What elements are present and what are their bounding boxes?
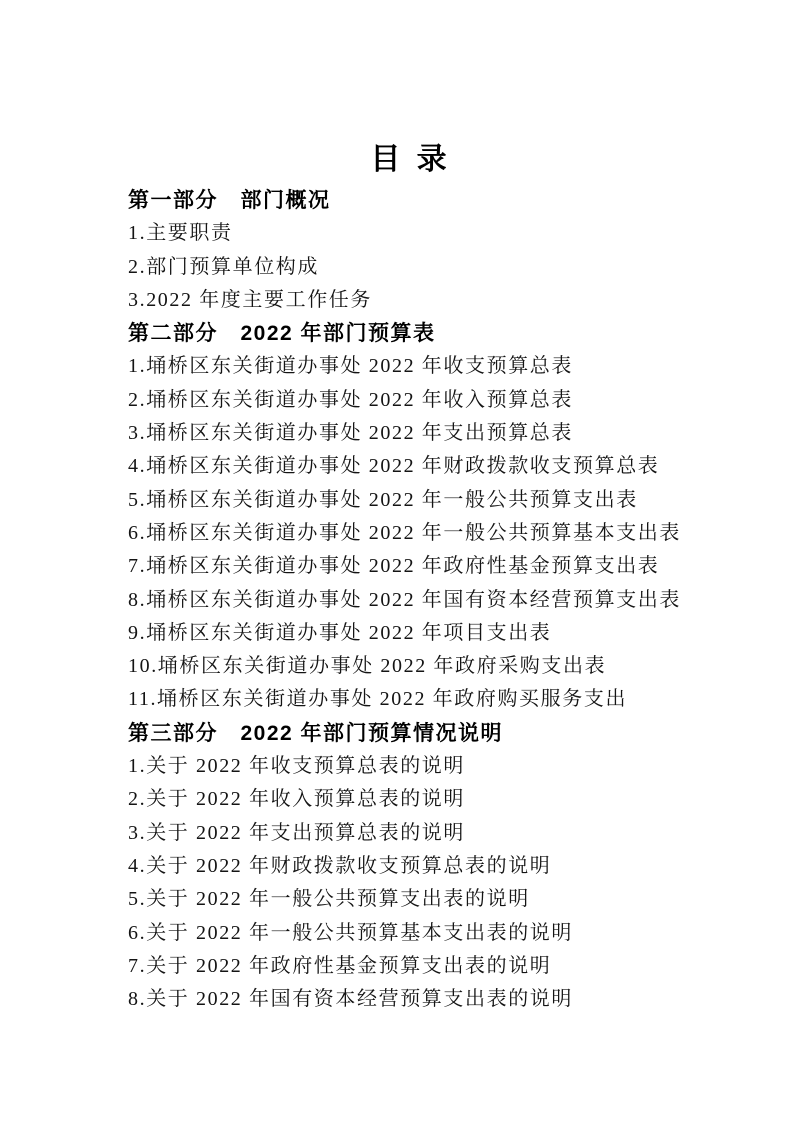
toc-item: 5.埇桥区东关街道办事处 2022 年一般公共预算支出表 — [128, 484, 693, 517]
toc-item: 2.关于 2022 年收入预算总表的说明 — [128, 783, 693, 816]
toc-item: 6.关于 2022 年一般公共预算基本支出表的说明 — [128, 917, 693, 950]
document-page: 目 录 第一部分 部门概况 1.主要职责 2.部门预算单位构成 3.2022 年… — [0, 0, 793, 1122]
toc-item: 6.埇桥区东关街道办事处 2022 年一般公共预算基本支出表 — [128, 517, 693, 550]
toc-item: 7.关于 2022 年政府性基金预算支出表的说明 — [128, 950, 693, 983]
toc-item: 5.关于 2022 年一般公共预算支出表的说明 — [128, 883, 693, 916]
section-heading-part3: 第三部分 2022 年部门预算情况说明 — [128, 717, 693, 750]
toc-item: 4.埇桥区东关街道办事处 2022 年财政拨款收支预算总表 — [128, 450, 693, 483]
toc-item: 2.埇桥区东关街道办事处 2022 年收入预算总表 — [128, 384, 693, 417]
section-heading-part2: 第二部分 2022 年部门预算表 — [128, 317, 693, 350]
toc-item: 2.部门预算单位构成 — [128, 251, 693, 284]
toc-section-part3: 第三部分 2022 年部门预算情况说明 1.关于 2022 年收支预算总表的说明… — [128, 717, 693, 1017]
toc-section-part2: 第二部分 2022 年部门预算表 1.埇桥区东关街道办事处 2022 年收支预算… — [128, 317, 693, 717]
toc-item: 1.主要职责 — [128, 217, 693, 250]
toc-item: 10.埇桥区东关街道办事处 2022 年政府采购支出表 — [128, 650, 693, 683]
toc-item: 1.关于 2022 年收支预算总表的说明 — [128, 750, 693, 783]
toc-item: 9.埇桥区东关街道办事处 2022 年项目支出表 — [128, 617, 693, 650]
toc-item: 3.关于 2022 年支出预算总表的说明 — [128, 817, 693, 850]
toc-item: 7.埇桥区东关街道办事处 2022 年政府性基金预算支出表 — [128, 550, 693, 583]
toc-item: 8.埇桥区东关街道办事处 2022 年国有资本经营预算支出表 — [128, 584, 693, 617]
toc-item: 3.埇桥区东关街道办事处 2022 年支出预算总表 — [128, 417, 693, 450]
toc-item: 4.关于 2022 年财政拨款收支预算总表的说明 — [128, 850, 693, 883]
toc-section-part1: 第一部分 部门概况 1.主要职责 2.部门预算单位构成 3.2022 年度主要工… — [128, 184, 693, 317]
toc-item: 3.2022 年度主要工作任务 — [128, 284, 693, 317]
section-heading-part1: 第一部分 部门概况 — [128, 184, 693, 217]
page-title: 目 录 — [128, 138, 693, 182]
toc-item: 11.埇桥区东关街道办事处 2022 年政府购买服务支出 — [128, 683, 693, 716]
toc-item: 8.关于 2022 年国有资本经营预算支出表的说明 — [128, 983, 693, 1016]
toc-item: 1.埇桥区东关街道办事处 2022 年收支预算总表 — [128, 350, 693, 383]
